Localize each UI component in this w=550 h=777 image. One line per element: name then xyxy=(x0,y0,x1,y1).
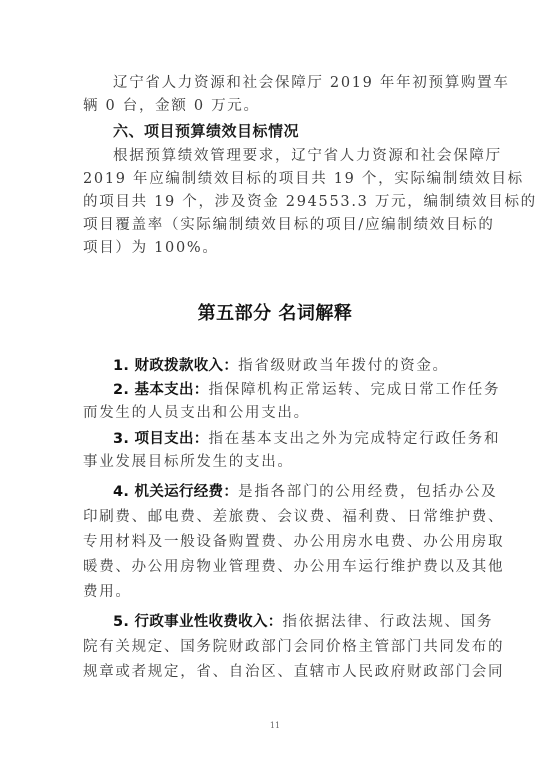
paragraph-line: 项目）为 100%。 xyxy=(83,237,463,260)
paragraph-line: 印刷费、邮电费、差旅费、会议费、福利费、日常维护费、 xyxy=(83,506,463,529)
term-text: 指省级财政当年拨付的资金。 xyxy=(238,358,449,374)
paragraph-line: 费用。 xyxy=(83,581,463,604)
document-page: 辽宁省人力资源和社会保障厅 2019 年年初预算购置车 辆 0 台，金额 0 万… xyxy=(0,0,550,777)
paragraph-line: 院有关规定、国务院财政部门会同价格主管部门共同发布的 xyxy=(83,636,463,659)
paragraph-line: 项目覆盖率（实际编制绩效目标的项目/应编制绩效目标的 xyxy=(83,214,463,237)
term-label: 2. 基本支出： xyxy=(113,382,209,398)
paragraph-line: 暖费、办公用房物业管理费、办公用车运行维护费以及其他 xyxy=(83,556,463,579)
term-label: 1. 财政拨款收入： xyxy=(113,358,238,374)
term-text: 指在基本支出之外为完成特定行政任务和 xyxy=(209,431,501,447)
term-definition-line: 4. 机关运行经费：是指各部门的公用经费，包括办公及 xyxy=(113,481,463,504)
term-text: 是指各部门的公用经费，包括办公及 xyxy=(238,484,497,500)
paragraph-line: 规章或者规定，省、自治区、直辖市人民政府财政部门会同 xyxy=(83,661,463,684)
term-definition-line: 3. 项目支出：指在基本支出之外为完成特定行政任务和 xyxy=(113,428,463,451)
paragraph-line: 事业发展目标所发生的支出。 xyxy=(83,451,463,474)
paragraph-line: 辆 0 台，金额 0 万元。 xyxy=(83,95,463,118)
term-label: 3. 项目支出： xyxy=(113,431,209,447)
page-number: 11 xyxy=(0,721,550,730)
section-heading: 六、项目预算绩效目标情况 xyxy=(113,120,299,143)
part-title: 第五部分 名词解释 xyxy=(0,302,550,326)
term-label: 5. 行政事业性收费收入： xyxy=(113,614,283,630)
term-definition-line: 5. 行政事业性收费收入：指依据法律、行政法规、国务 xyxy=(113,611,463,634)
term-label: 4. 机关运行经费： xyxy=(113,484,238,500)
paragraph-line: 专用材料及一般设备购置费、办公用房水电费、办公用房取 xyxy=(83,531,463,554)
term-text: 指保障机构正常运转、完成日常工作任务 xyxy=(209,382,501,398)
paragraph-line: 根据预算绩效管理要求，辽宁省人力资源和社会保障厅 xyxy=(113,145,463,168)
paragraph-line: 辽宁省人力资源和社会保障厅 2019 年年初预算购置车 xyxy=(113,72,463,95)
term-text: 指依据法律、行政法规、国务 xyxy=(283,614,494,630)
term-definition-line: 2. 基本支出：指保障机构正常运转、完成日常工作任务 xyxy=(113,379,463,402)
term-definition-line: 1. 财政拨款收入：指省级财政当年拨付的资金。 xyxy=(113,355,463,378)
paragraph-line: 2019 年应编制绩效目标的项目共 19 个，实际编制绩效目标 xyxy=(83,168,463,191)
paragraph-line: 的项目共 19 个，涉及资金 294553.3 万元，编制绩效目标的 xyxy=(83,191,463,214)
paragraph-line: 而发生的人员支出和公用支出。 xyxy=(83,402,463,425)
